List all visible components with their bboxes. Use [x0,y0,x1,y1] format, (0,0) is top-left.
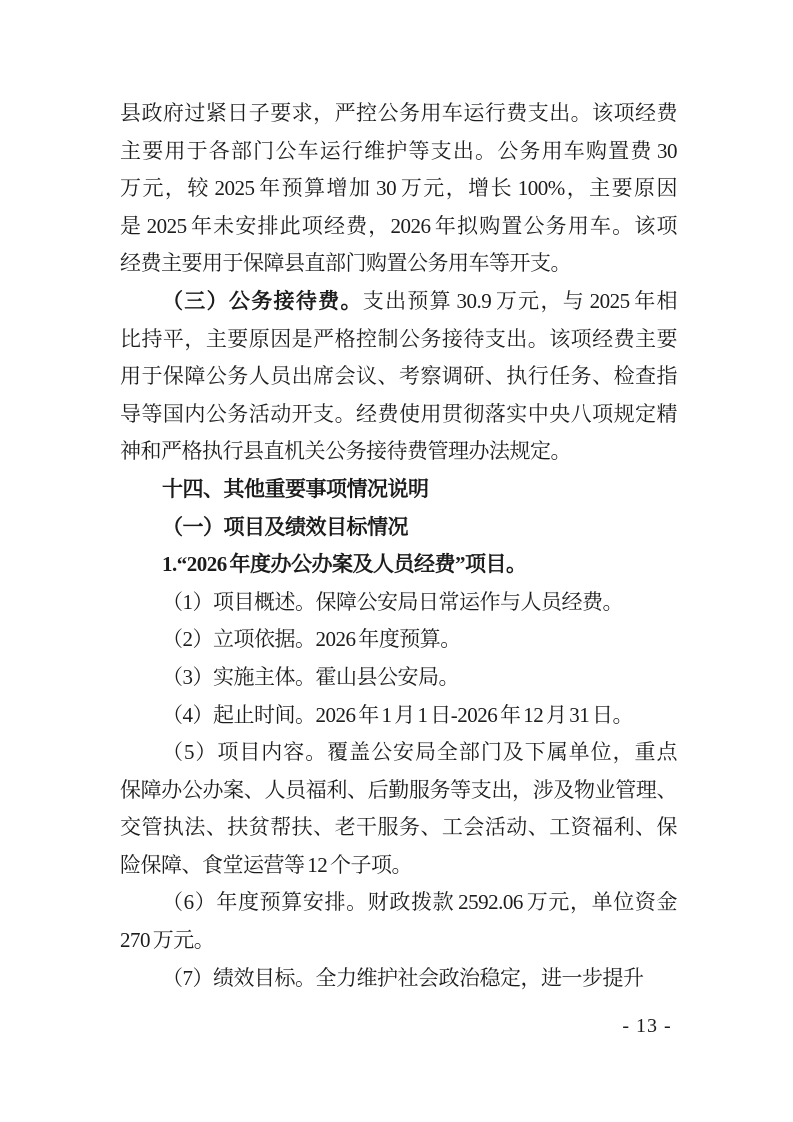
document-page: { "content": { "para_vehicle": { "lines"… [0,0,793,1122]
page-number: - 13 - [612,1012,682,1040]
body-line: 用于保障公务人员出席会议、考察调研、执行任务、检查指 [120,358,677,396]
body-line: （三）公务接待费。支出预算 30.9 万元，与 2025 年相 [120,283,677,321]
body-line: 270 万元。 [120,922,677,960]
paragraph-lead-rest: 支出预算 30.9 万元，与 2025 年相 [363,289,677,313]
body-line: （4）起止时间。2026 年 1 月 1 日-2026 年 12 月 31 日。 [120,697,677,735]
body-line: 万元，较 2025 年预算增加 30 万元，增长 100%，主要原因 [120,170,677,208]
body-line: 比持平，主要原因是严格控制公务接待支出。该项经费主要 [120,321,677,359]
document-body: 县政府过紧日子要求，严控公务用车运行费支出。该项经费 主要用于各部门公车运行维护… [120,95,677,997]
body-line: 是 2025 年未安排此项经费，2026 年拟购置公务用车。该项 [120,208,677,246]
body-line: 主要用于各部门公车运行维护等支出。公务用车购置费 30 [120,133,677,171]
body-line: 导等国内公务活动开支。经费使用贯彻落实中央八项规定精 [120,396,677,434]
subsection-heading: （一）项目及绩效目标情况 [120,509,677,547]
body-line: 交管执法、扶贫帮扶、老干服务、工会活动、工资福利、保 [120,809,677,847]
body-line: （2）立项依据。2026 年度预算。 [120,621,677,659]
body-line: （3）实施主体。霍山县公安局。 [120,659,677,697]
project-heading: 1.“2026 年度办公办案及人员经费”项目。 [120,546,677,584]
body-line: 经费主要用于保障县直部门购置公务用车等开支。 [120,245,677,283]
section-heading: 十四、其他重要事项情况说明 [120,471,677,509]
paragraph-lead-bold: （三）公务接待费。 [162,289,363,313]
body-line: 险保障、食堂运营等 12 个子项。 [120,847,677,885]
body-line: （1）项目概述。保障公安局日常运作与人员经费。 [120,584,677,622]
body-line: 神和严格执行县直机关公务接待费管理办法规定。 [120,433,677,471]
body-line: （5）项目内容。覆盖公安局全部门及下属单位，重点 [120,734,677,772]
body-line: 保障办公办案、人员福利、后勤服务等支出，涉及物业管理、 [120,772,677,810]
body-line: （6）年度预算安排。财政拨款 2592.06 万元，单位资金 [120,884,677,922]
body-line: 县政府过紧日子要求，严控公务用车运行费支出。该项经费 [120,95,677,133]
body-line: （7）绩效目标。全力维护社会政治稳定，进一步提升 [120,960,677,998]
